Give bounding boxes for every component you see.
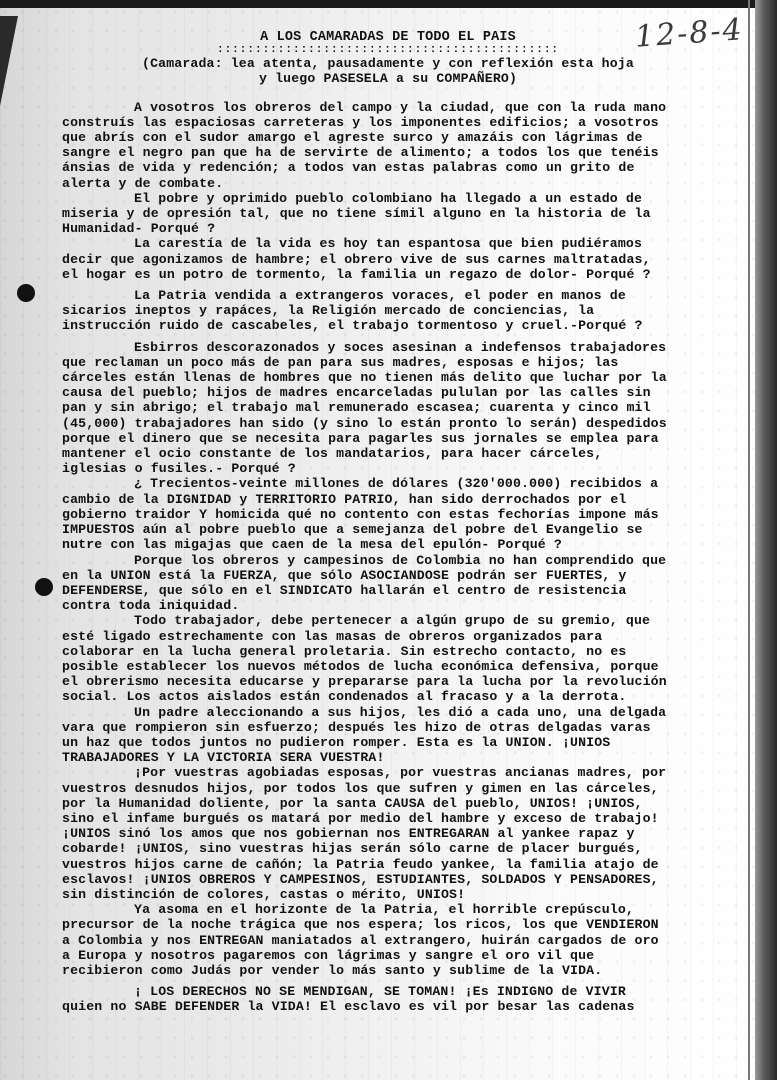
paragraph-text: ¿ Trecientos-veinte millones de dólares …	[62, 476, 659, 552]
paragraph-text: ¡Por vuestras agobiadas esposas, por vue…	[62, 765, 666, 902]
paragraph-text: A vosotros los obreros del campo y la ci…	[62, 100, 666, 191]
paragraph-8: Todo trabajador, debe pertenecer a algún…	[62, 613, 674, 704]
paragraph-10: ¡Por vuestras agobiadas esposas, por vue…	[62, 765, 674, 902]
paragraph-5: Esbirros descorazonados y soces asesinan…	[62, 340, 674, 477]
punch-hole	[17, 284, 35, 302]
title-separator: ::::::::::::::::::::::::::::::::::::::::…	[102, 45, 674, 56]
paragraph-7: Porque los obreros y campesinos de Colom…	[62, 553, 674, 614]
paragraph-12: ¡ LOS DERECHOS NO SE MENDIGAN, SE TOMAN!…	[62, 984, 674, 1014]
page-corner-shadow	[0, 16, 18, 106]
subtitle-line-1: (Camarada: lea atenta, pausadamente y co…	[102, 56, 674, 71]
paragraph-11: Ya asoma en el horizonte de la Patria, e…	[62, 902, 674, 978]
paragraph-text: La Patria vendida a extrangeros voraces,…	[62, 288, 643, 333]
paragraph-text: Ya asoma en el horizonte de la Patria, e…	[62, 902, 659, 978]
document-title: A LOS CAMARADAS DE TODO EL PAIS	[102, 30, 674, 45]
paragraph-text: La carestía de la vida es hoy tan espant…	[62, 236, 651, 281]
paragraph-text: El pobre y oprimido pueblo colombiano ha…	[62, 191, 651, 236]
paragraph-text: ¡ LOS DERECHOS NO SE MENDIGAN, SE TOMAN!…	[62, 984, 635, 1014]
paragraph-text: Todo trabajador, debe pertenecer a algún…	[62, 613, 667, 704]
paragraph-text: Un padre aleccionando a sus hijos, les d…	[62, 705, 666, 766]
scan-right-edge	[755, 0, 777, 1080]
paragraph-text: Esbirros descorazonados y soces asesinan…	[62, 340, 667, 477]
document-page: 12-8-4 A LOS CAMARADAS DE TODO EL PAIS :…	[0, 8, 755, 1080]
paragraph-4: La Patria vendida a extrangeros voraces,…	[62, 288, 674, 334]
paragraph-6: ¿ Trecientos-veinte millones de dólares …	[62, 476, 674, 552]
paragraph-1: A vosotros los obreros del campo y la ci…	[62, 100, 674, 191]
punch-hole	[35, 578, 53, 596]
paragraph-9: Un padre aleccionando a sus hijos, les d…	[62, 705, 674, 766]
paragraph-2: El pobre y oprimido pueblo colombiano ha…	[62, 191, 674, 237]
document-body: A LOS CAMARADAS DE TODO EL PAIS ::::::::…	[62, 30, 674, 1015]
paragraph-text: Porque los obreros y campesinos de Colom…	[62, 553, 666, 614]
paragraph-3: La carestía de la vida es hoy tan espant…	[62, 236, 674, 282]
subtitle-line-2: y luego PASESELA a su COMPAÑERO)	[102, 71, 674, 86]
page-fold-line	[748, 0, 750, 1080]
